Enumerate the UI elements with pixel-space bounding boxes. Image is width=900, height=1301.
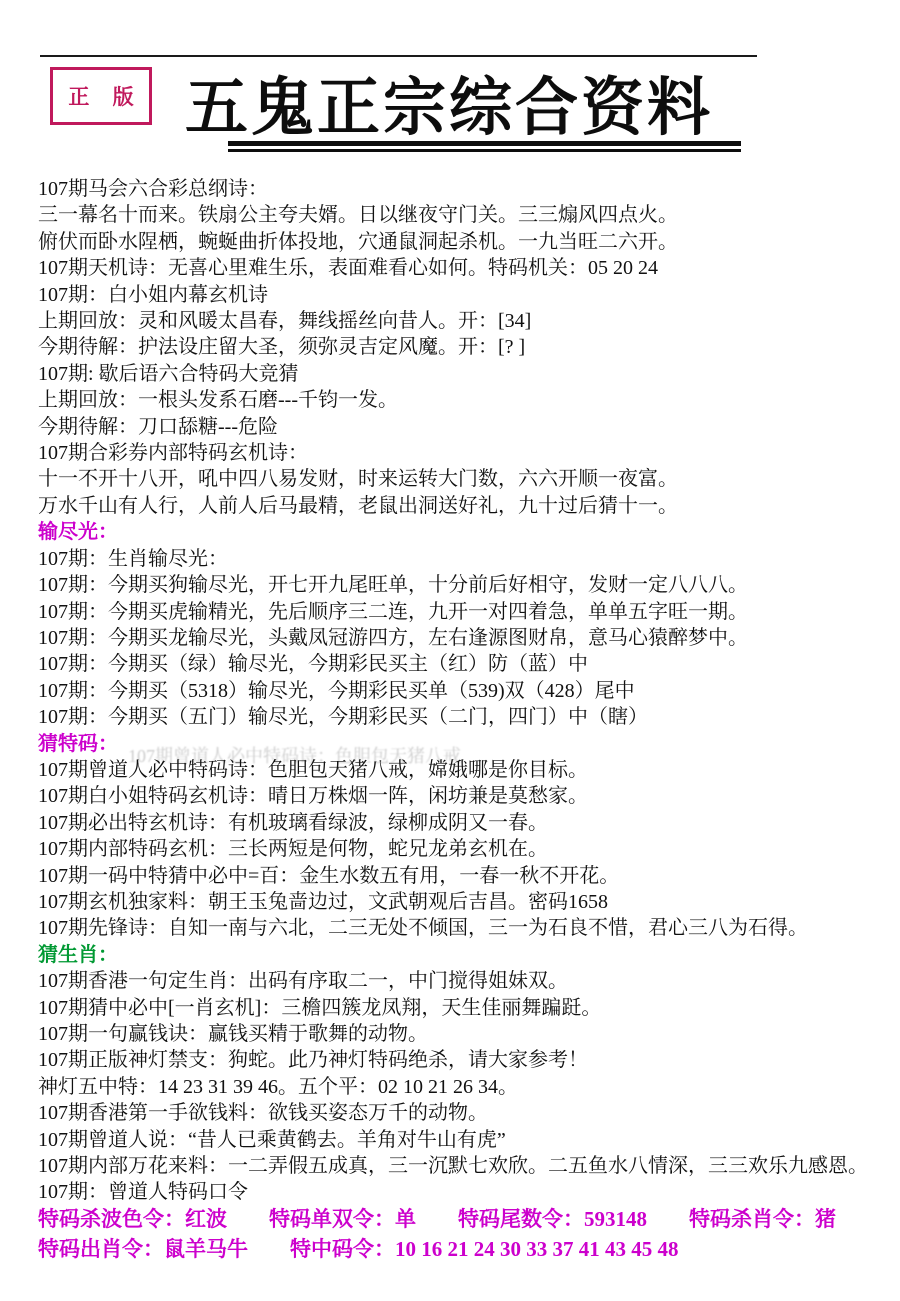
title-double-underline <box>228 141 741 152</box>
badge-label: 正 版 <box>59 81 142 111</box>
text-line: 猜特码： <box>38 731 878 757</box>
text-line: 107期必出特玄机诗：有机玻璃看绿波，绿柳成阴又一春。 <box>38 810 878 836</box>
text-line: 特码杀波色令：红波 特码单双令：单 特码尾数令：593148 特码杀肖令：猪 <box>38 1206 878 1232</box>
text-line: 上期回放：一根头发系石磨---千钧一发。 <box>38 387 878 413</box>
text-line: 107期一句赢钱诀：赢钱买精于歌舞的动物。 <box>38 1021 878 1047</box>
text-line: 107期曾道人说：“昔人已乘黄鹤去。羊角对牛山有虎” <box>38 1127 878 1153</box>
text-line: 输尽光： <box>38 519 878 545</box>
text-line: 今期待解：护法设庄留大圣，须弥灵吉定风魔。开：[? ] <box>38 334 878 360</box>
text-line: 107期正版神灯禁支：狗蛇。此乃神灯特码绝杀，请大家参考！ <box>38 1047 878 1073</box>
text-line: 107期：曾道人特码口令 <box>38 1179 878 1205</box>
text-line: 107期：今期买狗输尽光，开七开九尾旺单，十分前后好相守，发财一定八八八。 <box>38 572 878 598</box>
text-line: 107期：今期买（五门）输尽光，今期彩民买（二门，四门）中（瞎） <box>38 704 878 730</box>
text-line: 107期：今期买龙输尽光，头戴凤冠游四方，左右逢源图财帛，意马心猿醉梦中。 <box>38 625 878 651</box>
text-line: 107期香港第一手欲钱料：欲钱买姿态万千的动物。 <box>38 1100 878 1126</box>
text-line: 107期香港一句定生肖：出码有序取二一，中门搅得姐妹双。 <box>38 968 878 994</box>
text-line: 107期合彩券内部特码玄机诗： <box>38 440 878 466</box>
text-line: 107期：今期买虎输精光，先后顺序三二连，九开一对四着急，单单五字旺一期。 <box>38 599 878 625</box>
text-line: 神灯五中特：14 23 31 39 46。五个平：02 10 21 26 34。 <box>38 1074 878 1100</box>
text-line: 上期回放：灵和风暖太昌春，舞线摇丝向昔人。开：[34] <box>38 308 878 334</box>
text-line: 俯伏而卧水陧栖，蜿蜒曲折体投地，穴通鼠洞起杀机。一九当旺二六开。 <box>38 229 878 255</box>
text-line: 107期天机诗：无喜心里难生乐，表面难看心如何。特码机关：05 20 24 <box>38 255 878 281</box>
text-line: 107期内部特码玄机：三长两短是何物，蛇兄龙弟玄机在。 <box>38 836 878 862</box>
text-line: 107期: 歇后语六合特码大竞猜 <box>38 361 878 387</box>
text-line: 107期：生肖输尽光： <box>38 546 878 572</box>
text-line: 猜生肖： <box>38 942 878 968</box>
text-line: 107期一码中特猜中必中=百：金生水数五有用，一春一秋不开花。 <box>38 863 878 889</box>
text-body: 107期马会六合彩总纲诗：三一幕名十而来。铁扇公主夸夫婿。日以继夜守门关。三三煽… <box>38 176 878 1263</box>
text-line: 107期：白小姐内幕玄机诗 <box>38 282 878 308</box>
text-line: 十一不开十八开，吼中四八易发财，时来运转大门数，六六开顺一夜富。 <box>38 466 878 492</box>
text-line: 三一幕名十而来。铁扇公主夸夫婿。日以继夜守门关。三三煽风四点火。 <box>38 202 878 228</box>
text-line: 万水千山有人行，人前人后马最精，老鼠出洞送好礼，九十过后猜十一。 <box>38 493 878 519</box>
genuine-edition-badge: 正 版 <box>50 67 152 125</box>
text-line: 107期猜中必中[一肖玄机]：三檐四簇龙凤翔，天生佳丽舞蹁跹。 <box>38 995 878 1021</box>
lottery-tips-page: 正 版 五鬼正宗综合资料 107期曾道人必中特码诗：色胆包天猪八戒 107期马会… <box>0 0 900 1301</box>
page-title: 五鬼正宗综合资料 <box>185 57 713 148</box>
text-line: 107期：今期买（绿）输尽光，今期彩民买主（红）防（蓝）中 <box>38 651 878 677</box>
text-line: 今期待解：刀口舔糖---危险 <box>38 414 878 440</box>
text-line: 107期先锋诗：自知一南与六北，二三无处不倾国，三一为石良不惜，君心三八为石得。 <box>38 915 878 941</box>
text-line: 107期曾道人必中特码诗：色胆包天猪八戒，嫦娥哪是你目标。 <box>38 757 878 783</box>
text-line: 107期：今期买（5318）输尽光，今期彩民买单（539)双（428）尾中 <box>38 678 878 704</box>
text-line: 107期内部万花来料：一二弄假五成真，三一沉默七欢欣。二五鱼水八情深，三三欢乐九… <box>38 1153 878 1179</box>
text-line: 特码出肖令：鼠羊马牛 特中码令：10 16 21 24 30 33 37 41 … <box>38 1236 878 1262</box>
text-line: 107期白小姐特码玄机诗：晴日万株烟一阵，闲坊兼是莫愁家。 <box>38 783 878 809</box>
text-line: 107期马会六合彩总纲诗： <box>38 176 878 202</box>
text-line: 107期玄机独家料：朝王玉兔啬边过，文武朝观后吉昌。密码1658 <box>38 889 878 915</box>
